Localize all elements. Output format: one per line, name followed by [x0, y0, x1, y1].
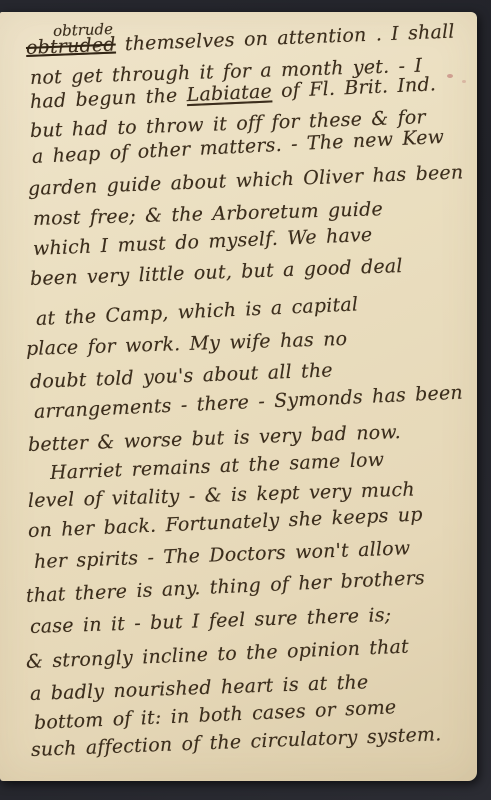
line-text: been very little out, but a good deal [30, 255, 403, 290]
line-text: had begun the [30, 84, 188, 113]
line-text: place for work. My wife has no [26, 328, 348, 360]
word-underline: Labiatae [186, 80, 272, 106]
photo-background: obtrude obtruded themselves on attention… [0, 0, 491, 800]
manuscript-line: been very little out, but a good deal [30, 254, 403, 291]
line-text: that there is any. thing of her brothers [26, 567, 426, 607]
word-strike: obtruded [26, 34, 117, 59]
line-text: garden guide about which Oliver has been [28, 161, 464, 200]
letter-paper: obtrude obtruded themselves on attention… [0, 12, 477, 781]
line-text: & strongly incline to the opinion that [26, 636, 410, 673]
line-text: her spirits - The Doctors won't allow [34, 537, 411, 573]
manuscript-line: at the Camp, which is a capital [35, 292, 358, 331]
manuscript-line: that there is any. thing of her brothers [25, 566, 425, 608]
line-text: case in it - but I feel sure there is; [30, 604, 392, 638]
line-text: themselves on attention . I shall [115, 21, 455, 56]
manuscript-line: place for work. My wife has no [26, 327, 348, 361]
line-text: of Fl. Brit. Ind. [271, 73, 436, 102]
line-text: at the Camp, which is a capital [36, 293, 359, 330]
paper-blemish [447, 74, 453, 78]
manuscript-line: case in it - but I feel sure there is; [30, 603, 392, 639]
manuscript-line: garden guide about which Oliver has been [28, 160, 464, 201]
paper-blemish [462, 80, 466, 83]
manuscript-line: & strongly incline to the opinion that [26, 635, 410, 674]
